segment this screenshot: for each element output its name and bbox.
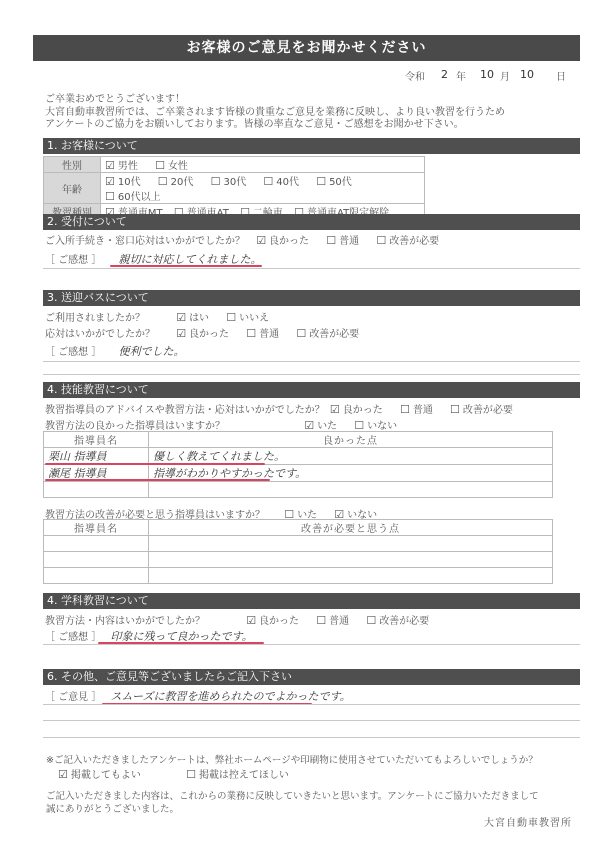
- checkbox-checked-icon[interactable]: ☑: [256, 234, 266, 247]
- comment-label: ［ ご感想 ］: [45, 632, 101, 643]
- option-good[interactable]: ☑良かった: [246, 612, 299, 627]
- gender-row: 性別 ☑男性 ☐女性: [44, 157, 425, 173]
- section-2-heading: 2. 受付について: [43, 214, 580, 230]
- checkbox-checked-icon[interactable]: ☑: [330, 403, 340, 416]
- instructor-name-cell[interactable]: 栗山 指導員: [44, 448, 149, 465]
- checkbox-unchecked-icon[interactable]: ☐: [316, 175, 326, 188]
- date-year[interactable]: 2: [441, 68, 448, 83]
- option-needs-improvement[interactable]: ☐改善が必要: [366, 612, 429, 627]
- bad-instructor-table: 指導員名 改善が必要と思う点: [43, 519, 553, 584]
- other-comment-row: ［ ご意見 ］ スムーズに教習を進められたのでよかったです。: [45, 688, 351, 704]
- divider: [43, 374, 580, 375]
- improvement-points-cell[interactable]: [149, 552, 553, 568]
- checkbox-checked-icon[interactable]: ☑: [58, 768, 68, 781]
- checkbox-checked-icon[interactable]: ☑: [176, 311, 186, 324]
- intro-line-3: アンケートのご協力をお願いしております。皆様の率直なご意見・ご感想をお聞かせ下さ…: [45, 119, 505, 132]
- bus-usage-row: ご利用されましたか？ ☑はい ☐いいえ: [45, 309, 283, 324]
- reception-question: ご入所手続き・窓口応対はいかがでしたか？: [45, 236, 245, 247]
- lecture-rating-row: 教習方法・内容はいかがでしたか？ ☑良かった ☐普通 ☐改善が必要: [45, 612, 443, 627]
- age-row: 年齢 ☑10代 ☐20代 ☐30代 ☐40代 ☐50代 ☐60代以上: [44, 173, 425, 204]
- bus-comment[interactable]: 便利でした。: [119, 345, 185, 358]
- checkbox-unchecked-icon[interactable]: ☐: [376, 234, 386, 247]
- bus-service-row: 応対はいかがでしたか？ ☑良かった ☐普通 ☐改善が必要: [45, 325, 373, 340]
- option-allow-publish[interactable]: ☑掲載してもよい: [58, 766, 141, 781]
- gender-label: 性別: [44, 157, 101, 173]
- option-normal[interactable]: ☐普通: [400, 401, 433, 416]
- option-decline-publish[interactable]: ☐掲載は控えてほしい: [186, 766, 289, 781]
- good-instructor-question: 教習方法の良かった指導員はいますか？: [45, 417, 301, 432]
- section-3-heading: 3. 送迎バスについて: [43, 290, 580, 306]
- checkbox-unchecked-icon[interactable]: ☐: [186, 768, 196, 781]
- checkbox-unchecked-icon[interactable]: ☐: [155, 159, 165, 172]
- highlight-underline: [110, 265, 262, 267]
- col-improvement-points: 改善が必要と思う点: [149, 520, 553, 536]
- good-points-cell[interactable]: [149, 482, 553, 498]
- date-year-unit: 年: [456, 68, 466, 83]
- intro-line-1: ご卒業おめでとうございます！: [45, 94, 505, 107]
- checkbox-unchecked-icon[interactable]: ☐: [226, 311, 236, 324]
- comment-label: ［ ご感想 ］: [45, 255, 101, 266]
- gender-options: ☑男性 ☐女性: [101, 157, 425, 173]
- option-needs-improvement[interactable]: ☐改善が必要: [376, 232, 439, 247]
- col-instructor-name: 指導員名: [44, 432, 149, 448]
- date-day[interactable]: 10: [520, 68, 534, 83]
- option-normal[interactable]: ☐普通: [316, 612, 349, 627]
- divider: [43, 268, 580, 269]
- checkbox-unchecked-icon[interactable]: ☐: [400, 403, 410, 416]
- instructor-name-cell[interactable]: [44, 552, 149, 568]
- date: 令和 2 年 10 月 10 日: [405, 68, 566, 83]
- section-5-heading: 4. 学科教習について: [43, 593, 580, 609]
- good-instructor-row: 教習方法の良かった指導員はいますか？ ☑いた ☐いない: [45, 417, 411, 432]
- divider: [43, 720, 580, 721]
- bus-comment-row: ［ ご感想 ］ 便利でした。: [45, 343, 185, 359]
- instructor-rating-row: 教習指導員のアドバイスや教習方法・応対はいかがでしたか？ ☑良かった ☐普通 ☐…: [45, 401, 527, 416]
- checkbox-checked-icon[interactable]: ☑: [246, 614, 256, 627]
- table-header-row: 指導員名 良かった点: [44, 432, 553, 448]
- bus-usage-question: ご利用されましたか？: [45, 309, 173, 324]
- option-20s[interactable]: ☐20代: [158, 173, 194, 188]
- checkbox-checked-icon[interactable]: ☑: [105, 175, 115, 188]
- option-good[interactable]: ☑良かった: [176, 325, 229, 340]
- option-good[interactable]: ☑良かった: [330, 401, 383, 416]
- checkbox-unchecked-icon[interactable]: ☐: [263, 175, 273, 188]
- good-points-cell[interactable]: 優しく教えてくれました。: [149, 448, 553, 465]
- date-month[interactable]: 10: [480, 68, 494, 83]
- table-row: [44, 482, 553, 498]
- option-40s[interactable]: ☐40代: [263, 173, 299, 188]
- age-options: ☑10代 ☐20代 ☐30代 ☐40代 ☐50代 ☐60代以上: [101, 173, 425, 204]
- table-row: [44, 552, 553, 568]
- instructor-name-cell[interactable]: [44, 568, 149, 584]
- col-instructor-name: 指導員名: [44, 520, 149, 536]
- date-era: 令和: [405, 68, 425, 83]
- closing-line-2: 誠にありがとうございました。: [46, 803, 539, 816]
- signature: 大宮自動車教習所: [484, 814, 572, 829]
- bus-service-question: 応対はいかがでしたか？: [45, 325, 173, 340]
- option-normal[interactable]: ☐普通: [246, 325, 279, 340]
- consent-question: ※ご記入いただきましたアンケートは、弊社ホームページや印刷物に使用させていただい…: [46, 752, 538, 766]
- age-label: 年齢: [44, 173, 101, 204]
- option-present[interactable]: ☑いた: [304, 417, 337, 432]
- other-comment[interactable]: スムーズに教習を進められたのでよかったです。: [111, 690, 351, 703]
- option-good[interactable]: ☑良かった: [256, 232, 309, 247]
- checkbox-unchecked-icon[interactable]: ☐: [326, 234, 336, 247]
- reception-question-row: ご入所手続き・窓口応対はいかがでしたか？ ☑良かった ☐普通 ☐改善が必要: [45, 232, 453, 247]
- date-day-unit: 日: [556, 68, 566, 83]
- improvement-points-cell[interactable]: [149, 568, 553, 584]
- option-needs-improvement[interactable]: ☐改善が必要: [296, 325, 359, 340]
- checkbox-unchecked-icon[interactable]: ☐: [158, 175, 168, 188]
- option-male[interactable]: ☑男性: [105, 157, 138, 172]
- instructor-name-cell[interactable]: [44, 536, 149, 552]
- comment-label: ［ ご意見 ］: [45, 692, 101, 703]
- divider: [43, 361, 580, 362]
- divider: [43, 737, 580, 738]
- checkbox-unchecked-icon[interactable]: ☐: [296, 327, 306, 340]
- col-good-points: 良かった点: [149, 432, 553, 448]
- checkbox-checked-icon[interactable]: ☑: [105, 159, 115, 172]
- checkbox-unchecked-icon[interactable]: ☐: [450, 403, 460, 416]
- checkbox-unchecked-icon[interactable]: ☐: [316, 614, 326, 627]
- page-title: お客様のご意見をお聞かせください: [33, 35, 580, 61]
- instructor-rating-question: 教習指導員のアドバイスや教習方法・応対はいかがでしたか？: [45, 405, 325, 416]
- option-yes[interactable]: ☑はい: [176, 309, 209, 324]
- checkbox-unchecked-icon[interactable]: ☐: [105, 190, 115, 203]
- option-30s[interactable]: ☐30代: [211, 173, 247, 188]
- table-row: 栗山 指導員 優しく教えてくれました。: [44, 448, 553, 465]
- improvement-points-cell[interactable]: [149, 536, 553, 552]
- option-50s[interactable]: ☐50代: [316, 173, 352, 188]
- checkbox-unchecked-icon[interactable]: ☐: [366, 614, 376, 627]
- date-month-unit: 月: [500, 68, 510, 83]
- intro-text: ご卒業おめでとうございます！ 大宮自動車教習所では、ご卒業されます皆様の貴重なご…: [45, 94, 505, 132]
- instructor-name-cell[interactable]: [44, 482, 149, 498]
- comment-label: ［ ご感想 ］: [45, 347, 101, 358]
- section-4-heading: 4. 技能教習について: [43, 382, 580, 398]
- table-row: [44, 536, 553, 552]
- section-6-heading: 6. その他、ご意見等ございましたらご記入下さい: [43, 669, 580, 685]
- closing-text: ご記入いただきました内容は、これからの業務に反映していきたいと思います。アンケー…: [46, 790, 539, 816]
- highlight-underline: [45, 463, 265, 465]
- checkbox-checked-icon[interactable]: ☑: [176, 327, 186, 340]
- option-female[interactable]: ☐女性: [155, 157, 188, 172]
- divider: [43, 644, 580, 645]
- divider: [43, 704, 580, 705]
- option-needs-improvement[interactable]: ☐改善が必要: [450, 401, 513, 416]
- table-row: [44, 568, 553, 584]
- highlight-underline: [45, 479, 270, 481]
- option-60s-plus[interactable]: ☐60代以上: [105, 188, 161, 203]
- option-absent[interactable]: ☐いない: [354, 417, 397, 432]
- option-10s[interactable]: ☑10代: [105, 173, 141, 188]
- closing-line-1: ご記入いただきました内容は、これからの業務に反映していきたいと思います。アンケー…: [46, 790, 539, 803]
- option-normal[interactable]: ☐普通: [326, 232, 359, 247]
- checkbox-unchecked-icon[interactable]: ☐: [246, 327, 256, 340]
- option-no[interactable]: ☐いいえ: [226, 309, 269, 324]
- intro-line-2: 大宮自動車教習所では、ご卒業されます皆様の貴重なご意見を業務に反映し、より良い教…: [45, 107, 505, 120]
- section-1-heading: 1. お客様について: [43, 138, 580, 154]
- lecture-rating-question: 教習方法・内容はいかがでしたか？: [45, 612, 243, 627]
- customer-info-table: 性別 ☑男性 ☐女性 年齢 ☑10代 ☐20代 ☐30代 ☐40代 ☐50代 ☐…: [43, 156, 425, 220]
- table-header-row: 指導員名 改善が必要と思う点: [44, 520, 553, 536]
- checkbox-unchecked-icon[interactable]: ☐: [211, 175, 221, 188]
- consent-options: ☑掲載してもよい ☐掲載は控えてほしい: [58, 766, 303, 781]
